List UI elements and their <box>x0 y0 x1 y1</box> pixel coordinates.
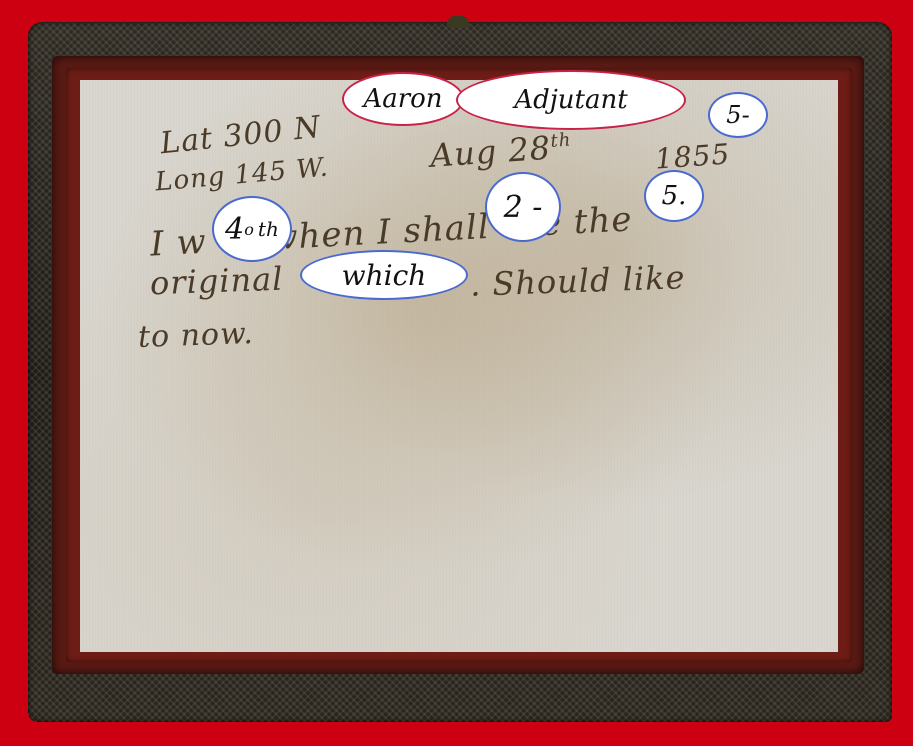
annotation-4-trailing: th <box>258 217 279 241</box>
body-line-2-start: original <box>149 260 284 303</box>
annotation-4-text: 4 <box>225 212 244 247</box>
annotation-2: 2 - <box>485 172 561 242</box>
annotation-5-top: 5- <box>708 92 768 138</box>
annotation-5-top-text: 5- <box>726 101 749 129</box>
body-line-2-end: . Should like <box>469 258 686 303</box>
annotation-which: which <box>300 250 468 300</box>
annotation-5-mid: 5. <box>644 170 704 222</box>
annotation-aaron: Aaron <box>342 72 464 126</box>
annotation-4th: 4oth <box>212 196 292 262</box>
annotation-5-mid-text: 5. <box>662 181 687 211</box>
annotation-which-text: which <box>342 259 427 292</box>
annotation-2-text: 2 - <box>504 190 543 225</box>
frame-clasp <box>447 16 469 28</box>
annotation-aaron-text: Aaron <box>363 84 442 114</box>
date-superscript: th <box>550 129 572 151</box>
annotation-adjutant: Adjutant <box>456 70 686 130</box>
annotation-4-superscript: o <box>244 220 254 239</box>
body-line-3: to now. <box>137 316 254 355</box>
annotation-adjutant-text: Adjutant <box>514 85 627 115</box>
